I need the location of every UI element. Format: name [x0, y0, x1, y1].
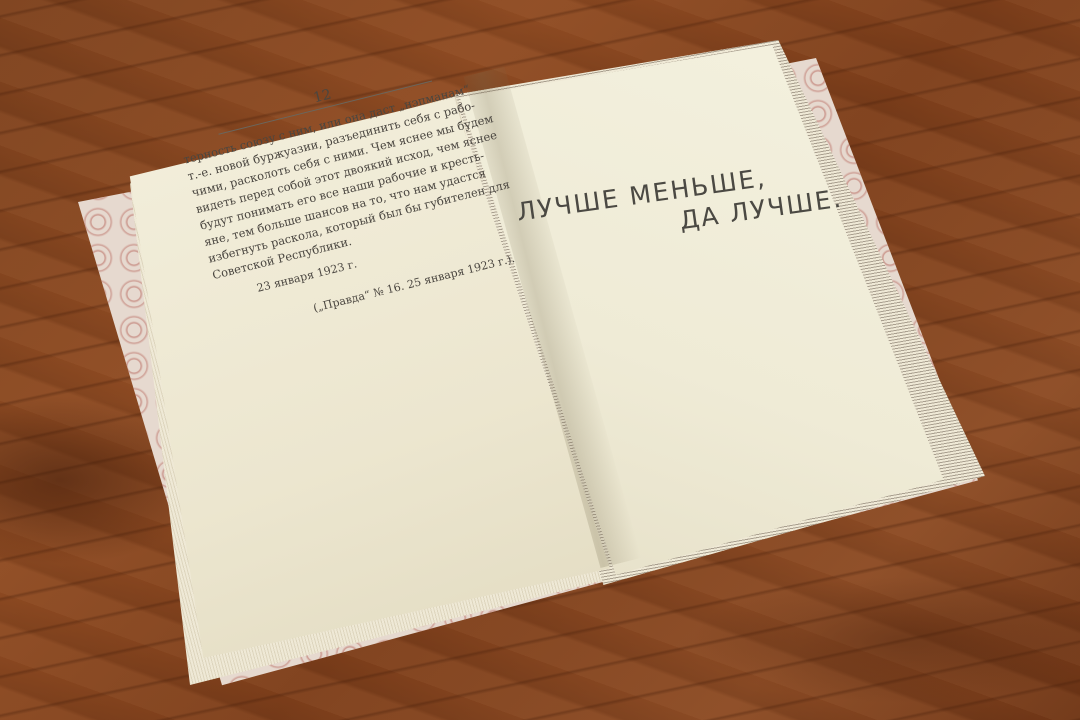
photo-scene: 12 терность союзу с ним, или она даст „н… [0, 0, 1080, 720]
